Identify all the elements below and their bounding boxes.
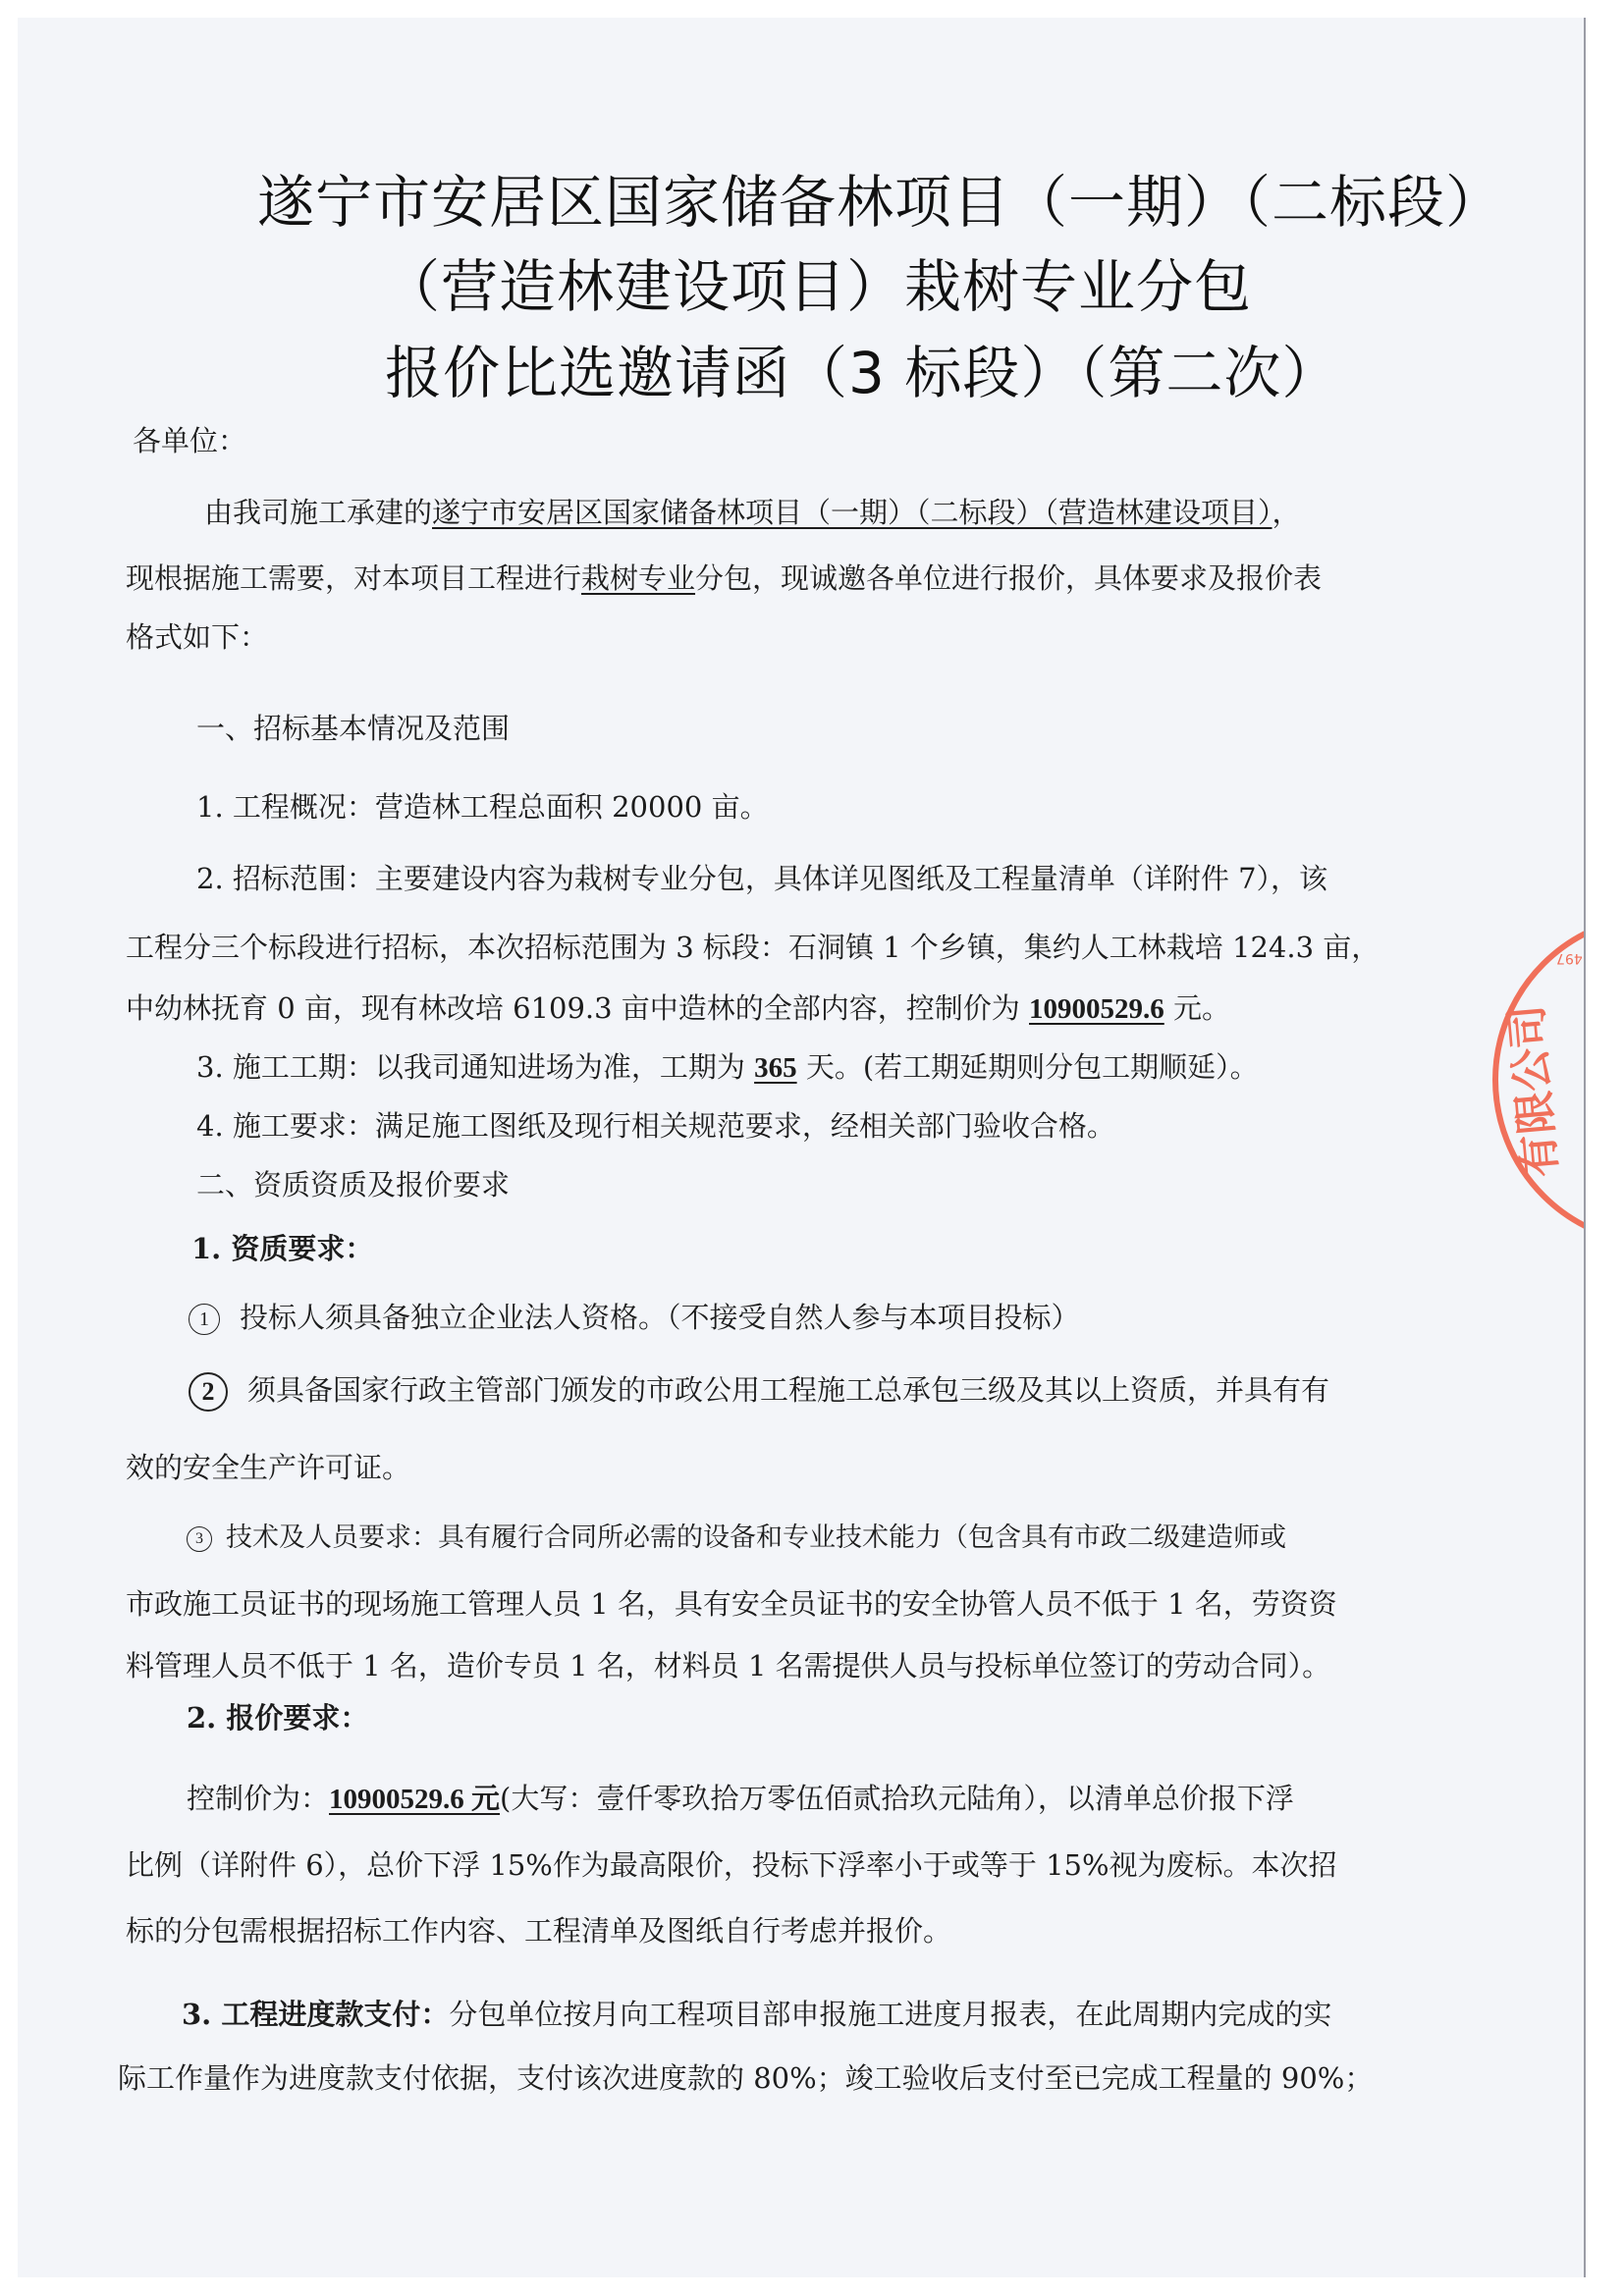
section2-heading: 二、资质资质及报价要求 (196, 1168, 510, 1201)
section1-heading: 一、招标基本情况及范围 (196, 712, 510, 745)
requirement-2-text: 须具备国家行政主管部门颁发的市政公用工程施工总承包三级及其以上资质，并具有有 (247, 1373, 1329, 1407)
requirement-2-line-1: 2须具备国家行政主管部门颁发的市政公用工程施工总承包三级及其以上资质，并具有有 (189, 1372, 1329, 1412)
circled-number-1-icon: 1 (189, 1304, 220, 1335)
quote-line-3: 标的分包需根据招标工作内容、工程清单及图纸自行考虑并报价。 (126, 1914, 951, 1948)
intro-prefix: 由我司施工承建的 (204, 496, 432, 529)
payment-line1-text: 分包单位按月向工程项目部申报施工进度月报表，在此周期内完成的实 (449, 1998, 1331, 2031)
duration-days: 365 (754, 1052, 797, 1084)
title-line-3: 报价比选邀请函（3 标段）（第二次） (385, 344, 1339, 402)
section1-item-2-line-3: 中幼林抚育 0 亩，现有林改培 6109.3 亩中造林的全部内容，控制价为 10… (126, 991, 1230, 1026)
intro-line-2: 现根据施工需要，对本项目工程进行栽树专业分包，现诚邀各单位进行报价，具体要求及报… (126, 561, 1322, 595)
price-line1-suffix: (大写：壹仟零玖拾万零伍佰贰拾玖元陆角），以清单总价报下浮 (500, 1782, 1294, 1815)
qualification-heading: 1. 资质要求： (191, 1232, 373, 1265)
section1-item-2-line-1: 2. 招标范围：主要建设内容为栽树专业分包，具体详见图纸及工程量清单（详附件 7… (196, 862, 1327, 895)
requirement-1: 1投标人须具备独立企业法人资格。（不接受自然人参与本项目投标） (189, 1301, 1080, 1335)
title-line-1: 遂宁市安居区国家储备林项目（一期）（二标段） (257, 173, 1503, 232)
payment-line-1: 3. 工程进度款支付：分包单位按月向工程项目部申报施工进度月报表，在此周期内完成… (182, 1998, 1331, 2031)
payment-heading: 3. 工程进度款支付： (182, 1998, 449, 2031)
intro-line2-prefix: 现根据施工需要，对本项目工程进行 (126, 561, 581, 595)
control-price: 10900529.6 (1029, 993, 1164, 1025)
circled-number-2-icon: 2 (189, 1372, 228, 1412)
section1-item-2-line-2: 工程分三个标段进行招标，本次招标范围为 3 标段：石洞镇 1 个乡镇，集约人工林… (126, 931, 1380, 964)
requirement-2-line-2: 效的安全生产许可证。 (126, 1451, 410, 1484)
project-name: 遂宁市安居区国家储备林项目（一期）（二标段）（营造林建设项目） (432, 496, 1272, 529)
title-line-2: （营造林建设项目）栽树专业分包 (383, 257, 1252, 316)
item3-suffix: 天。(若工期延期则分包工期顺延）。 (797, 1050, 1259, 1084)
salutation: 各单位： (133, 424, 246, 457)
scope-term: 栽树专业 (581, 561, 695, 595)
section1-item-1: 1. 工程概况：营造林工程总面积 20000 亩。 (196, 790, 769, 824)
item3-prefix: 3. 施工工期：以我司通知进场为准，工期为 (196, 1050, 754, 1084)
requirement-3-line-2: 市政施工员证书的现场施工管理人员 1 名，具有安全员证书的安全协管人员不低于 1… (126, 1587, 1337, 1621)
section1-item-3: 3. 施工工期：以我司通知进场为准，工期为 365 天。(若工期延期则分包工期顺… (196, 1050, 1259, 1085)
intro-comma: ， (1272, 496, 1301, 529)
intro-line-3: 格式如下： (126, 620, 268, 654)
section1-item-4: 4. 施工要求：满足施工图纸及现行相关规范要求，经相关部门验收合格。 (196, 1109, 1115, 1143)
payment-line-2: 际工作量作为进度款支付依据，支付该次进度款的 80%；竣工验收后支付至已完成工程… (118, 2061, 1373, 2095)
intro-line-1: 由我司施工承建的遂宁市安居区国家储备林项目（一期）（二标段）（营造林建设项目）， (204, 496, 1301, 529)
requirement-3-text: 技术及人员要求：具有履行合同所必需的设备和专业技术能力（包含具有市政二级建造师或 (226, 1522, 1286, 1553)
quote-line-1: 控制价为：10900529.6 元(大写：壹仟零玖拾万零伍佰贰拾玖元陆角），以清… (187, 1782, 1294, 1816)
item2-line3-suffix: 元。 (1164, 991, 1230, 1025)
intro-line2-suffix: 分包，现诚邀各单位进行报价，具体要求及报价表 (695, 561, 1322, 595)
requirement-3-line-3: 料管理人员不低于 1 名，造价专员 1 名，材料员 1 名需提供人员与投标单位签… (126, 1649, 1330, 1682)
requirement-3-line-1: 3技术及人员要求：具有履行合同所必需的设备和专业技术能力（包含具有市政二级建造师… (187, 1522, 1286, 1555)
quote-heading: 2. 报价要求： (187, 1701, 368, 1735)
quote-line-2: 比例（详附件 6），总价下浮 15%作为最高限价，投标下浮率小于或等于 15%视… (126, 1848, 1337, 1882)
requirement-1-text: 投标人须具备独立企业法人资格。（不接受自然人参与本项目投标） (240, 1301, 1080, 1334)
price-value: 10900529.6 元 (329, 1784, 500, 1815)
circled-number-3-icon: 3 (187, 1526, 212, 1552)
item2-line3-prefix: 中幼林抚育 0 亩，现有林改培 6109.3 亩中造林的全部内容，控制价为 (126, 991, 1029, 1025)
price-label: 控制价为： (187, 1782, 329, 1815)
